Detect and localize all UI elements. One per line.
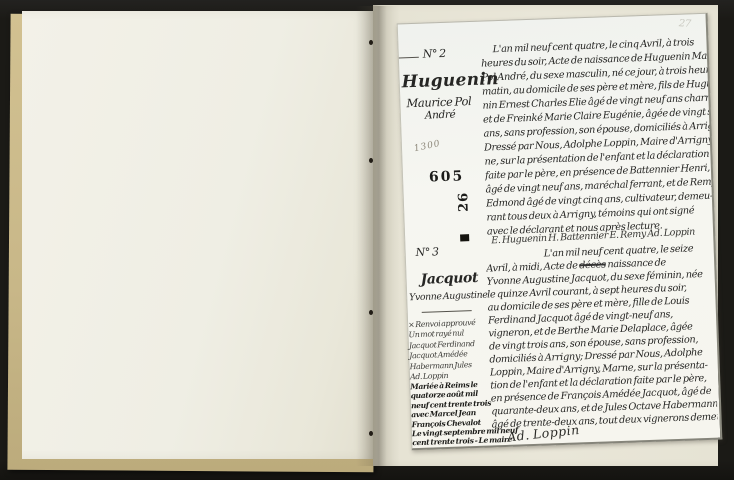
record2-number: N° 3 [415,245,438,259]
margin-rule [399,57,419,59]
stamp-bar [460,234,469,241]
record2-text: L'an mil neuf cent quatre, le seizeAvril… [486,242,718,432]
faint-page-mark: 27 [678,18,691,30]
pencil-mark: 1300 [413,139,441,154]
scanned-register-spread: { "colors": { "background": "#1b1a16", "… [0,0,734,480]
gutter-shadow [356,6,400,466]
left-blank-page [22,11,375,459]
vertical-number-stamp: 26 [456,192,472,213]
record2-firstnames: Yvonne Augustine [409,290,488,304]
stitch-dot [369,431,373,436]
record1-firstnames-2: André [425,109,456,122]
stitch-dot [369,158,373,163]
record1-number: N° 2 [423,47,446,61]
archive-number-stamp: 605 [429,168,465,185]
margin-rule [422,310,472,313]
record2-margin-notes: × Renvoi approuvéUn mot rayé nulJacquot … [408,317,496,382]
record1-text: L'an mil neuf cent quatre, le cinq Avril… [480,36,713,240]
record1-firstnames: Maurice Pol [406,94,471,110]
record2-surname: Jacquot [420,270,478,288]
stitch-dot [369,310,373,315]
stitch-dot [369,40,373,45]
register-sheet: 27 N° 2 Huguenin Maurice Pol André 1300 … [397,13,723,451]
text-line: cent trente trois - Le maire [412,435,504,448]
